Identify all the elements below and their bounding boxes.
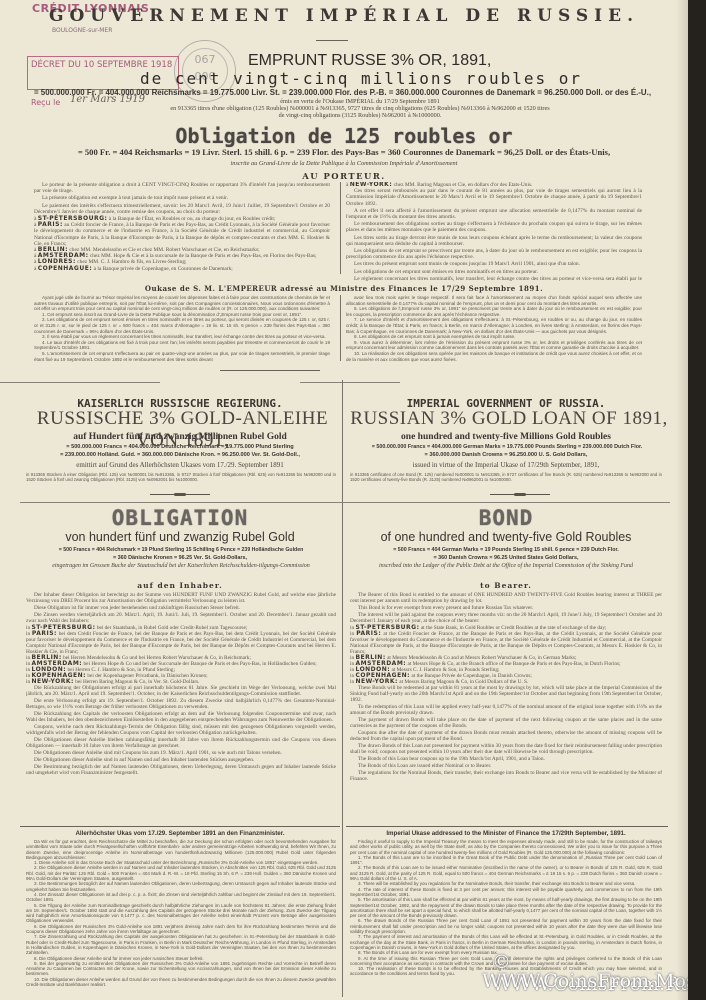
divider-line: [0, 382, 160, 383]
de-paragraph: Die Rückzahlung des Capitals der verloos…: [26, 711, 336, 723]
oukase-paragraph: avoir lieu trois mois après le tirage re…: [346, 295, 642, 306]
de-ukase-paragraph: 4. Der Zinssatz dieser Obligationen ist …: [26, 892, 336, 903]
de-ukase-paragraph: 7. Die Zinsenzahlung und Rückzahlung des…: [26, 934, 336, 955]
english-equiv-1: = 500.000.000 Francs = 404.000.000 Germa…: [344, 444, 670, 450]
column-divider: [340, 295, 341, 361]
dark-background-edge: [688, 0, 706, 1000]
header-equivalents: = 500.000.000 Fr. = 404.000.000 Reichsma…: [34, 88, 651, 97]
de-paragraph: Der Inhaber dieser Obligation ist berech…: [26, 592, 336, 604]
en-paragraph: This Bond is for ever exempt from every …: [350, 605, 662, 611]
ukase-rule-right: [346, 826, 668, 827]
column-divider: [340, 182, 341, 274]
oukase-paragraph: Ayant jugé utile de fournir au Trésor Im…: [34, 295, 330, 312]
fr-city-item: à COPENHAGUE: à la Banque privée de Cope…: [34, 266, 330, 272]
de-paragraph: Die Obligationen dieser Anleihe sind in …: [26, 757, 336, 763]
de-paragraph: Die Obligationen dieser Anleihe sind mit…: [26, 750, 336, 756]
en-paragraph: The payment of drawn Bonds will take pla…: [350, 717, 662, 729]
inscribed-fr: inscrite au Grand-Livre de la Dette Publ…: [0, 160, 688, 168]
fr-paragraph: A cet effet il sera affecté à l'amortiss…: [346, 208, 642, 220]
german-inscribed: eingetragen im Grossen Buche der Staatss…: [26, 563, 336, 570]
fr-paragraph: La présente obligation est exempte à tou…: [34, 195, 330, 201]
branch-stamp: BOULOGNE-sur-MER: [52, 27, 112, 34]
de-ukase-paragraph: 9. Bei der gegenwärtig zu emittirenden O…: [26, 961, 336, 977]
fr-paragraph: Les obligations de cet emprunt se prescr…: [346, 248, 642, 260]
ukase-rule-left: [20, 826, 340, 827]
german-ukase-body: Da Wir es für gut erachtet, dem Reichssc…: [26, 839, 336, 999]
divider-ornament: [220, 370, 320, 371]
title-rule: [316, 40, 348, 41]
oukase-left-column: Ayant jugé utile de fournir au Trésor Im…: [34, 295, 330, 363]
en-ukase-paragraph: 5. The amortisation of this Loan shall b…: [350, 897, 662, 918]
german-equiv-1: = 500.000.000 Francs = 404.000.000 Deuts…: [20, 444, 340, 450]
en-paragraph: The Bonds of this Loan are issued either…: [350, 763, 662, 769]
de-paragraph: Die Zinsen werden vierteljährlich am 20.…: [26, 612, 336, 624]
emprunt-subtitle: de cent vingt-cinq millions roubles or: [140, 69, 660, 88]
fr-paragraph: Les titres du présent emprunt sont munis…: [346, 261, 642, 267]
en-ukase-paragraph: 6. The drawn Bonds of the Russian Three …: [350, 918, 662, 934]
en-paragraph: The drawn Bonds of this Loan not present…: [350, 743, 662, 755]
oukase-right-column: avoir lieu trois mois après le tirage re…: [346, 295, 642, 363]
issued-line-1: émis en vertu de l'Oukase IMPÉRIAL du 17…: [120, 98, 600, 105]
en-paragraph: To the redemption of this Loan will be a…: [350, 704, 662, 716]
section-rule: [20, 502, 670, 503]
en-paragraph: The regulations for the Nominal Bonds, t…: [350, 770, 662, 782]
german-ornament: [150, 494, 210, 495]
fr-city-item: à PARIS: au Crédit foncier de France, à …: [34, 222, 330, 247]
de-paragraph: Die Obligationen dieser Anleihe bleiben …: [26, 737, 336, 749]
circle-stamp-top: 067: [175, 53, 235, 66]
en-paragraph: The Bonds of this Loan bear coupons up t…: [350, 756, 662, 762]
english-bond-title: BOND: [346, 506, 666, 530]
german-pieces: in 913365 Stücken à einer Obligation (Rb…: [26, 472, 336, 482]
fr-paragraph: Le règlement concernant les titres nomin…: [346, 276, 642, 282]
english-bearer: to Bearer.: [346, 581, 666, 590]
en-paragraph: The Bearer of this Bond is entitled to t…: [350, 592, 662, 604]
en-paragraph: The interest will be paid against the co…: [350, 612, 662, 624]
fr-paragraph: Le porteur de la présente obligation a d…: [34, 182, 330, 194]
issued-line-3: de vingt-cinq obligations (3125 Roubles)…: [120, 112, 600, 119]
issued-info: émis en vertu de l'Oukase IMPÉRIAL du 17…: [120, 98, 600, 119]
english-body: The Bearer of this Bond is entitled to t…: [350, 592, 662, 818]
en-ukase-paragraph: 3. There will be established by you regu…: [350, 881, 662, 886]
oukase-paragraph: 4. Le taux d'intérêt de ces obligations …: [34, 340, 330, 351]
fr-paragraph: Ces titres seront remboursés au pair dan…: [346, 188, 642, 207]
en-ukase-paragraph: 7. The payment of interest and amortisat…: [350, 934, 662, 950]
fr-paragraph: Le remboursement des obligations sorties…: [346, 221, 642, 233]
obligation-equivalents-fr: = 500 Fr. = 404 Reichsmarks = 19 Livr. S…: [0, 147, 688, 157]
german-obligation-equiv-2: = 360 Dänische Kronen = 96.25 Ver. St. G…: [20, 555, 340, 561]
de-paragraph: Die erste Verloosung erfolgt am 19. Sept…: [26, 698, 336, 710]
english-loan-title: RUSSIAN 3% GOLD LOAN OF 1891,: [344, 408, 674, 430]
de-ukase-paragraph: 10. Die Obligationen dieser Anleihe werd…: [26, 977, 336, 988]
oukase-paragraph: 5. L'amortissement de cet emprunt s'effe…: [34, 351, 330, 362]
center-divider: [342, 380, 343, 997]
en-ukase-paragraph: 4. The rate of interest of these Bonds i…: [350, 887, 662, 898]
oukase-paragraph: 6. Les obligations de l'„Emprunt russe 3…: [346, 306, 642, 317]
de-paragraph: Die Bestimmung bezüglich der auf Namen l…: [26, 764, 336, 776]
en-ukase-paragraph: 1. The Bonds of this Loan are to be insc…: [350, 855, 662, 866]
au-porteur: AU PORTEUR.: [0, 171, 688, 181]
english-bond-equiv-1: = 500 Francs = 404 German Marks = 19 Pou…: [346, 547, 666, 553]
fr-paragraph: Le paiement des intérêts s'effectuera tr…: [34, 203, 330, 215]
bond-document: CRÉDIT LYONNAIS BOULOGNE-sur-MER 067 000…: [0, 0, 688, 1000]
german-obligation-title: OBLIGATION: [20, 506, 340, 530]
document-title: GOUVERNEMENT IMPÉRIAL DE RUSSIE.: [0, 6, 688, 26]
english-inscribed: inscribed into the Ledger of the Public …: [350, 563, 662, 570]
oukase-paragraph: 2. Les obligations de cet emprunt seront…: [34, 317, 330, 334]
english-bond-equiv-2: = 360 Danish Crowns = 96.25 United State…: [346, 555, 666, 561]
german-bearer: auf den Inhaber.: [20, 581, 340, 590]
english-equiv-2: = 360.000.000 Danish Crowns = 96.250.000…: [346, 452, 666, 458]
obligation-title-fr: Obligation de 125 roubles or: [0, 124, 688, 148]
oukase-paragraph: 10. La réalisation de ces obligations se…: [346, 351, 642, 362]
recu-stamp: Reçu le: [31, 98, 60, 107]
fr-paragraph: Les obligations de cet emprunt sont émis…: [346, 269, 642, 275]
german-issued: emittirt auf Grund des Allerhöchsten Uka…: [20, 461, 340, 469]
en-paragraph: These Bonds will be redeemed at par with…: [350, 685, 662, 703]
oukase-paragraph: 3. Il sera établi par vous un règlement …: [34, 334, 330, 340]
de-ukase-paragraph: 6. Die Obligationen der Russischen 3% Go…: [26, 924, 336, 935]
de-ukase-paragraph: 5. Die Tilgung der Anleihe zum Nominalbe…: [26, 903, 336, 924]
issued-line-2: en 913365 titres d'une obligation (125 R…: [120, 105, 600, 112]
en-ukase-paragraph: Finding it useful to supply to the Imper…: [350, 839, 662, 855]
german-body: Der Inhaber dieser Obligation ist berech…: [26, 592, 336, 818]
en-ukase-paragraph: 2. The Bonds of this Loan are to be issu…: [350, 865, 662, 881]
german-obligation-subtitle: von hundert fünf und zwanzig Rubel Gold: [20, 530, 340, 544]
de-paragraph: Die Rückzahlung der Obligationen erfolgt…: [26, 685, 336, 697]
de-ukase-paragraph: 3. Die Bestimmungen bezüglich der auf Na…: [26, 881, 336, 892]
emprunt-title: EMPRUNT RUSSE 3% OR, 1891,: [248, 52, 668, 70]
english-bond-subtitle: of one hundred and twenty-five Gold Roub…: [346, 530, 666, 544]
french-right-column: à NEW-YORK: chez MM. Baring Magoun et Ci…: [346, 182, 642, 282]
de-ukase-paragraph: Da Wir es für gut erachtet, dem Reichssc…: [26, 839, 336, 860]
oukase-paragraph: 9. Vous aurez à déterminer, lors même de…: [346, 340, 642, 351]
english-ornament: [490, 494, 550, 495]
english-pieces: in 913365 certificates of one Bond (R. 1…: [350, 472, 662, 482]
french-left-column: Le porteur de la présente obligation a d…: [34, 182, 330, 282]
de-ukase-paragraph: 2. Die Obligationen dieser Anleihe werde…: [26, 865, 336, 881]
divider-line: [300, 382, 400, 383]
english-ukase-title: Imperial Ukase addressed to the Minister…: [346, 830, 666, 837]
watermark-moscow: WWW.CoinsFrom.Moscow: [482, 970, 688, 992]
english-subtitle: one hundred and twenty-five Millions Gol…: [346, 432, 666, 442]
oukase-title-fr: Oukase de S. M. L'EMPEREUR adressé au Mi…: [0, 284, 688, 293]
german-equiv-2: = 239.000.000 Holländ. Guld. = 360.000.0…: [20, 452, 340, 458]
english-issued: issued in virtue of the Imperial Ukase o…: [346, 461, 666, 469]
german-subtitle: auf Hundert fünf und zwanzig Millionen R…: [20, 432, 340, 442]
oukase-paragraph: 7. Le service d'intérêt et d'amortisseme…: [346, 317, 642, 334]
en-city-item: in PARIS: at the Crédit Foncier de Franc…: [350, 631, 662, 655]
german-obligation-equiv-1: = 500 Francs = 404 Reichsmark = 19 Pfund…: [16, 547, 346, 553]
german-ukase-title: Allerhöchster Ukas vom 17./29. September…: [20, 830, 340, 837]
fr-paragraph: Les titres sortis au tirage devront être…: [346, 235, 642, 247]
de-paragraph: Coupons, welche nach dem Rückzahlungs-Te…: [26, 724, 336, 736]
en-paragraph: Coupons due after the date of payment of…: [350, 730, 662, 742]
de-city-item: in PARIS: bei dem Crédit Foncier de Fran…: [26, 631, 336, 655]
de-paragraph: Diese Obligation ist für immer von jeder…: [26, 605, 336, 611]
